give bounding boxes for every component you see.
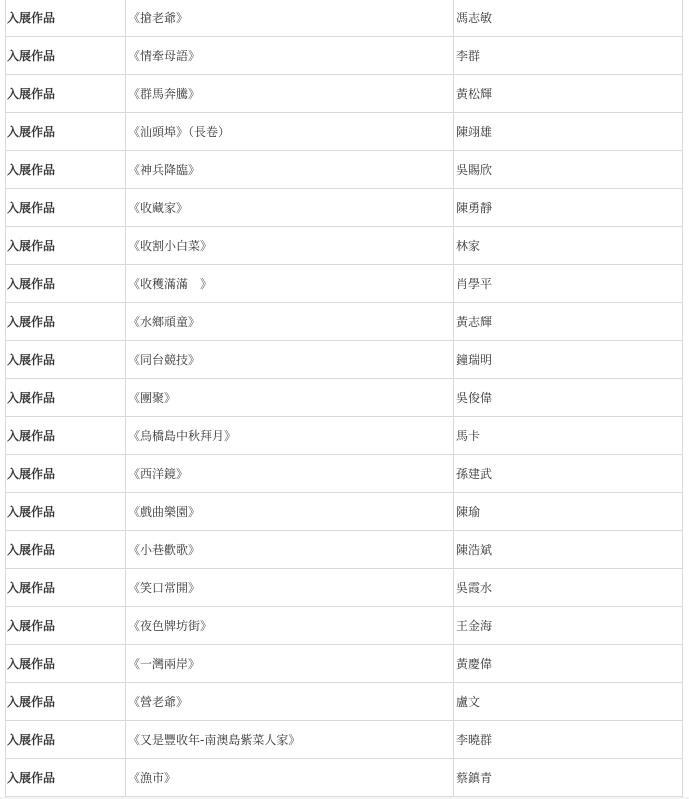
category-cell: 入展作品: [6, 75, 126, 113]
artist-cell: 黃松輝: [454, 75, 683, 113]
title-cell: 《戲曲樂園》: [126, 493, 454, 531]
table-row: 入展作品 《小巷歡歌》 陳浩斌: [6, 531, 683, 569]
artist-cell: 吳俊偉: [454, 379, 683, 417]
title-cell: 《團聚》: [126, 379, 454, 417]
title-cell: 《收割小白菜》: [126, 227, 454, 265]
table-row: 入展作品 《笑口常開》 吳霞水: [6, 569, 683, 607]
table-row: 入展作品 《水鄉頑童》 黃志輝: [6, 303, 683, 341]
table-row: 入展作品 《收穫滿滿 》 肖學平: [6, 265, 683, 303]
category-cell: 入展作品: [6, 455, 126, 493]
category-cell: 入展作品: [6, 37, 126, 75]
title-cell: 《又是豐收年-南澳島紫菜人家》: [126, 721, 454, 759]
table-row: 入展作品 《收割小白菜》 林家: [6, 227, 683, 265]
title-cell: 《烏橋島中秋拜月》: [126, 417, 454, 455]
artist-cell: 李曉群: [454, 721, 683, 759]
category-cell: 入展作品: [6, 531, 126, 569]
artist-cell: 肖學平: [454, 265, 683, 303]
table-row: 入展作品 《神兵降臨》 吳賜欣: [6, 151, 683, 189]
artist-cell: 盧文: [454, 683, 683, 721]
title-cell: 《情牽母語》: [126, 37, 454, 75]
title-cell: 《西洋鏡》: [126, 455, 454, 493]
artist-cell: 陳勇靜: [454, 189, 683, 227]
table-row: 入展作品 《汕頭埠》（長卷） 陳翊雄: [6, 113, 683, 151]
category-cell: 入展作品: [6, 569, 126, 607]
table-row: 入展作品 《收藏家》 陳勇靜: [6, 189, 683, 227]
artist-cell: 陳浩斌: [454, 531, 683, 569]
table-row: 入展作品 《夜色牌坊街》 王金海: [6, 607, 683, 645]
category-cell: 入展作品: [6, 417, 126, 455]
artist-cell: 王金海: [454, 607, 683, 645]
table-row: 入展作品 《西洋鏡》 孫建武: [6, 455, 683, 493]
table-row: 入展作品 《烏橋島中秋拜月》 馬卡: [6, 417, 683, 455]
title-cell: 《一灣兩岸》: [126, 645, 454, 683]
artist-cell: 陳瑜: [454, 493, 683, 531]
table-row: 入展作品 《情牽母語》 李群: [6, 37, 683, 75]
category-cell: 入展作品: [6, 189, 126, 227]
category-cell: 入展作品: [6, 227, 126, 265]
title-cell: 《收穫滿滿 》: [126, 265, 454, 303]
category-cell: 入展作品: [6, 759, 126, 797]
artist-cell: 馬卡: [454, 417, 683, 455]
exhibition-works-table: 入展作品 《搶老爺》 馮志敏 入展作品 《情牽母語》 李群 入展作品 《群馬奔騰…: [5, 0, 683, 797]
table-row: 入展作品 《營老爺》 盧文: [6, 683, 683, 721]
artist-cell: 鐘瑞明: [454, 341, 683, 379]
category-cell: 入展作品: [6, 341, 126, 379]
artist-cell: 馮志敏: [454, 0, 683, 37]
table-row: 入展作品 《群馬奔騰》 黃松輝: [6, 75, 683, 113]
title-cell: 《同台競技》: [126, 341, 454, 379]
artist-cell: 陳翊雄: [454, 113, 683, 151]
title-cell: 《群馬奔騰》: [126, 75, 454, 113]
title-cell: 《笑口常開》: [126, 569, 454, 607]
category-cell: 入展作品: [6, 151, 126, 189]
title-cell: 《營老爺》: [126, 683, 454, 721]
title-cell: 《夜色牌坊街》: [126, 607, 454, 645]
artist-cell: 吳賜欣: [454, 151, 683, 189]
category-cell: 入展作品: [6, 683, 126, 721]
title-cell: 《收藏家》: [126, 189, 454, 227]
table-row: 入展作品 《戲曲樂園》 陳瑜: [6, 493, 683, 531]
category-cell: 入展作品: [6, 645, 126, 683]
category-cell: 入展作品: [6, 607, 126, 645]
table-row: 入展作品 《一灣兩岸》 黃慶偉: [6, 645, 683, 683]
category-cell: 入展作品: [6, 721, 126, 759]
category-cell: 入展作品: [6, 265, 126, 303]
title-cell: 《搶老爺》: [126, 0, 454, 37]
title-cell: 《漁市》: [126, 759, 454, 797]
table-row: 入展作品 《漁市》 蔡鎮青: [6, 759, 683, 797]
table-row: 入展作品 《搶老爺》 馮志敏: [6, 0, 683, 37]
title-cell: 《汕頭埠》（長卷）: [126, 113, 454, 151]
artist-cell: 吳霞水: [454, 569, 683, 607]
category-cell: 入展作品: [6, 0, 126, 37]
category-cell: 入展作品: [6, 303, 126, 341]
title-cell: 《小巷歡歌》: [126, 531, 454, 569]
table-row: 入展作品 《又是豐收年-南澳島紫菜人家》 李曉群: [6, 721, 683, 759]
title-cell: 《神兵降臨》: [126, 151, 454, 189]
artist-cell: 林家: [454, 227, 683, 265]
table-row: 入展作品 《團聚》 吳俊偉: [6, 379, 683, 417]
artist-cell: 黃慶偉: [454, 645, 683, 683]
title-cell: 《水鄉頑童》: [126, 303, 454, 341]
artist-cell: 李群: [454, 37, 683, 75]
artist-cell: 蔡鎮青: [454, 759, 683, 797]
category-cell: 入展作品: [6, 493, 126, 531]
artist-cell: 黃志輝: [454, 303, 683, 341]
artist-cell: 孫建武: [454, 455, 683, 493]
category-cell: 入展作品: [6, 379, 126, 417]
table-row: 入展作品 《同台競技》 鐘瑞明: [6, 341, 683, 379]
category-cell: 入展作品: [6, 113, 126, 151]
